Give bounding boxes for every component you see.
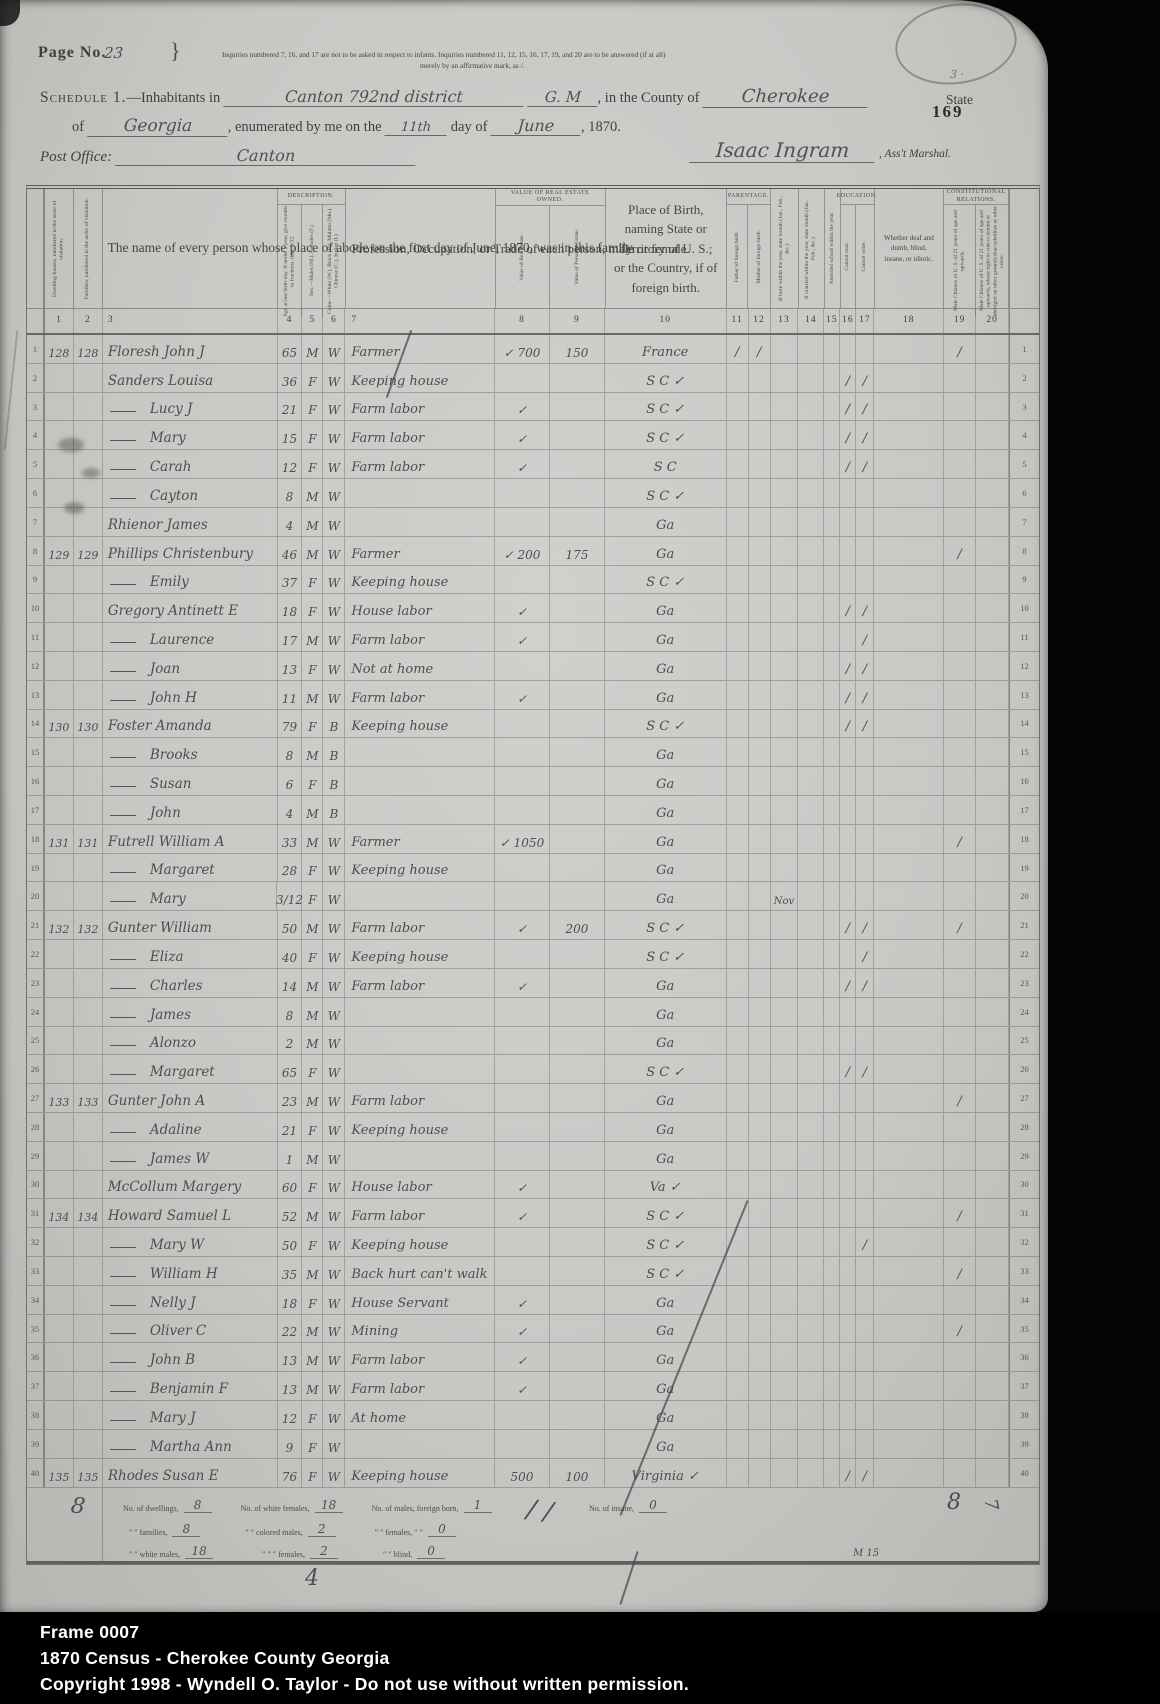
summary-value: 2 (308, 1522, 336, 1537)
table-cell (727, 421, 749, 449)
table-cell (74, 1372, 103, 1400)
table-row: 37Benjamin F13MWFarm labor✓Ga37 (27, 1372, 1039, 1401)
table-cell (45, 998, 74, 1026)
table-cell (840, 1343, 856, 1371)
table-cell: M (302, 796, 323, 824)
table-cell (45, 882, 74, 910)
row-number-right: 14 (1009, 710, 1039, 738)
table-cell (874, 652, 944, 680)
table-cell: Farm labor (345, 1372, 495, 1400)
year-label: , 1870. (581, 119, 621, 135)
table-cell: / (856, 421, 874, 449)
table-cell: W (323, 1430, 345, 1458)
scanned-census-frame: Page No. 23 } Inquiries numbered 7, 16, … (0, 0, 1160, 1704)
table-cell (840, 1228, 856, 1256)
table-cell (727, 1257, 749, 1285)
pen-slashes: / / (525, 1494, 555, 1527)
table-cell (749, 1430, 771, 1458)
inhabitants-label: —Inhabitants in (126, 90, 220, 106)
table-cell (727, 710, 749, 738)
table-cell: W (323, 537, 345, 565)
table-cell (495, 566, 550, 594)
table-row: 2Sanders Louisa36FWKeeping houseS C ✓//2 (27, 364, 1039, 393)
ditto-dash (110, 637, 136, 643)
table-cell (944, 998, 976, 1026)
table-cell (495, 940, 550, 968)
day-value: 11th (385, 120, 448, 136)
table-cell: F (302, 710, 323, 738)
table-cell: 18 (278, 1286, 303, 1314)
table-cell: M (302, 1142, 323, 1170)
table-cell (824, 566, 840, 594)
summary-label: No. of dwellings, (123, 1504, 179, 1513)
ink-smudge (82, 468, 100, 478)
table-cell (550, 1113, 605, 1141)
table-cell (874, 710, 944, 738)
table-cell (856, 508, 874, 536)
ditto-dash (110, 1328, 136, 1334)
table-cell (74, 1286, 103, 1314)
table-cell: S C ✓ (605, 393, 727, 421)
table-cell (550, 796, 605, 824)
table-cell: F (302, 882, 323, 910)
table-cell: / (840, 421, 856, 449)
table-cell: W (323, 1055, 345, 1083)
table-cell: Mary (103, 421, 278, 449)
table-cell (45, 652, 74, 680)
table-cell (771, 1459, 799, 1487)
table-cell (798, 738, 824, 766)
table-cell: S C ✓ (605, 566, 727, 594)
table-cell (727, 1430, 749, 1458)
table-cell: Ga (605, 1084, 727, 1112)
ditto-dash (110, 810, 136, 816)
table-cell: Farm labor (345, 1199, 495, 1227)
summary-label: No. of males, foreign born, (372, 1504, 459, 1513)
table-cell (495, 796, 550, 824)
table-cell: Ga (605, 1315, 727, 1343)
row-number-left: 18 (27, 825, 45, 853)
table-cell: 13 (278, 652, 303, 680)
table-cell (856, 1113, 874, 1141)
table-cell (727, 594, 749, 622)
table-cell (840, 1257, 856, 1285)
row-number-right: 38 (1009, 1401, 1039, 1429)
enumerated-label: , enumerated by me on the (228, 119, 382, 135)
table-cell: F (302, 421, 323, 449)
table-cell: House labor (345, 1171, 495, 1199)
table-cell: Va ✓ (605, 1171, 727, 1199)
summary-label: ″ ″ white males, (129, 1550, 180, 1559)
table-cell (840, 1286, 856, 1314)
table-cell (874, 681, 944, 709)
column-number: 3 (103, 309, 278, 333)
group-description-label: Description. (278, 189, 345, 205)
table-cell (824, 796, 840, 824)
table-cell (749, 364, 771, 392)
table-cell: John (103, 796, 278, 824)
table-cell (771, 854, 799, 882)
table-cell: M (302, 537, 323, 565)
row-number-left: 8 (27, 537, 45, 565)
table-cell (798, 1257, 824, 1285)
table-row: 24James8MWGa24 (27, 998, 1039, 1027)
column-number: 16 (840, 309, 856, 333)
table-cell (771, 1372, 799, 1400)
table-cell (976, 508, 1009, 536)
group-value-estate: Value of Real Estate owned. Value of Rea… (496, 189, 606, 308)
table-cell (840, 566, 856, 594)
table-cell (856, 1315, 874, 1343)
table-cell (840, 998, 856, 1026)
table-cell (749, 1401, 771, 1429)
table-cell (45, 1343, 74, 1371)
table-cell (976, 1171, 1009, 1199)
table-cell (45, 969, 74, 997)
ditto-dash (110, 983, 136, 989)
table-cell (749, 450, 771, 478)
table-cell (45, 796, 74, 824)
table-cell (771, 738, 799, 766)
ditto-dash (110, 464, 136, 470)
table-cell (74, 767, 103, 795)
table-cell (798, 1372, 824, 1400)
table-cell: M (302, 1257, 323, 1285)
table-cell (874, 594, 944, 622)
row-number-left: 23 (27, 969, 45, 997)
table-cell: W (323, 450, 345, 478)
table-cell (798, 421, 824, 449)
table-cell: 4 (278, 796, 303, 824)
table-cell: Farm labor (345, 1084, 495, 1112)
header-cannot-write: Cannot write. (861, 241, 868, 271)
header-attended-school: Attended school within the year. (829, 212, 836, 285)
table-cell (976, 594, 1009, 622)
table-cell (495, 479, 550, 507)
table-cell: W (323, 1084, 345, 1112)
table-cell (727, 1372, 749, 1400)
row-number-left: 17 (27, 796, 45, 824)
column-number-row: 1234567891011121314151617181920 (27, 309, 1039, 335)
table-cell (798, 969, 824, 997)
table-cell (749, 508, 771, 536)
table-cell (798, 882, 824, 910)
table-cell: / (944, 1315, 976, 1343)
row-number-left: 7 (27, 508, 45, 536)
table-cell: Ga (605, 537, 727, 565)
summary-value: 0 (428, 1522, 456, 1537)
gutter-cell (27, 309, 45, 333)
row-number-left: 1 (27, 335, 45, 363)
table-cell: William H (103, 1257, 278, 1285)
table-cell: / (944, 825, 976, 853)
table-row: 27133133Gunter John A23MWFarm laborGa/27 (27, 1084, 1039, 1113)
table-cell (74, 681, 103, 709)
row-number-right: 2 (1009, 364, 1039, 392)
table-cell (798, 1113, 824, 1141)
table-cell: Rhienor James (103, 508, 278, 536)
ditto-dash (110, 1357, 136, 1363)
table-cell: W (323, 854, 345, 882)
gm-value: G. M (527, 88, 598, 107)
inquiries-note-line1: Inquiries numbered 7, 16, and 17 are not… (222, 50, 1012, 60)
table-cell (944, 1459, 976, 1487)
table-cell: 76 (278, 1459, 303, 1487)
table-cell (749, 911, 771, 939)
header-family: Families, numbered in the order of visit… (84, 198, 91, 299)
row-number-right: 24 (1009, 998, 1039, 1026)
table-row: 7Rhienor James4MWGa7 (27, 508, 1039, 537)
summary-value: 8 (172, 1522, 200, 1537)
row-number-gutter-left (27, 189, 45, 308)
table-cell (856, 1171, 874, 1199)
summary-value: 18 (185, 1544, 213, 1559)
table-row: 5Carah12FWFarm labor✓S C//5 (27, 450, 1039, 479)
table-cell: / (840, 681, 856, 709)
table-cell (856, 882, 874, 910)
row-number-right: 12 (1009, 652, 1039, 680)
ditto-dash (110, 1127, 136, 1133)
table-cell (495, 1257, 550, 1285)
table-cell (798, 594, 824, 622)
table-cell (944, 1142, 976, 1170)
post-office-line: Post Office: Canton (40, 146, 416, 166)
table-cell: 131 (45, 825, 74, 853)
table-cell (495, 1401, 550, 1429)
table-cell: Farm labor (345, 969, 495, 997)
stamp-page-number: 169 (932, 102, 964, 122)
table-cell (874, 1084, 944, 1112)
table-cell: John B (103, 1343, 278, 1371)
table-cell: W (323, 1228, 345, 1256)
header-age: Age at last birth-day. If under 1 year, … (283, 205, 296, 317)
table-cell: Farmer (345, 537, 495, 565)
table-cell (944, 566, 976, 594)
table-cell: 14 (278, 969, 303, 997)
table-cell (749, 1286, 771, 1314)
table-cell (824, 998, 840, 1026)
table-cell (856, 1199, 874, 1227)
table-row: 1128128Floresh John J65MWFarmer✓ 700150F… (27, 335, 1039, 364)
column-number: 13 (771, 309, 799, 333)
table-cell (874, 796, 944, 824)
table-cell (74, 1113, 103, 1141)
table-cell: ✓ 200 (495, 537, 550, 565)
table-cell (944, 623, 976, 651)
table-cell (824, 681, 840, 709)
table-cell: / (856, 969, 874, 997)
ditto-dash (110, 781, 136, 787)
table-cell (74, 1055, 103, 1083)
ditto-dash (110, 1242, 136, 1248)
table-cell (749, 1372, 771, 1400)
table-cell: / (727, 335, 749, 363)
row-number-left: 24 (27, 998, 45, 1026)
table-cell (749, 1027, 771, 1055)
table-cell: ✓ (495, 911, 550, 939)
table-cell (749, 594, 771, 622)
table-cell: W (323, 1199, 345, 1227)
table-cell: 129 (45, 537, 74, 565)
table-row: 22Eliza40FWKeeping houseS C ✓/22 (27, 940, 1039, 969)
table-cell (874, 1343, 944, 1371)
row-number-right: 36 (1009, 1343, 1039, 1371)
table-cell (749, 882, 771, 910)
table-cell (976, 479, 1009, 507)
summary-value: 2 (310, 1544, 338, 1559)
table-cell: W (323, 1401, 345, 1429)
row-number-left: 28 (27, 1113, 45, 1141)
table-cell (874, 421, 944, 449)
table-cell (976, 566, 1009, 594)
header-male-citizens: Male Citizens of U. S. of 21 years of ag… (953, 205, 966, 317)
table-cell (944, 969, 976, 997)
table-cell (824, 1286, 840, 1314)
summary-value: 0 (417, 1544, 445, 1559)
table-cell: W (323, 421, 345, 449)
table-cell: ✓ (495, 450, 550, 478)
table-cell (550, 450, 605, 478)
table-cell (856, 1372, 874, 1400)
table-cell: F (302, 393, 323, 421)
table-cell (550, 652, 605, 680)
table-cell (771, 998, 799, 1026)
table-cell: Ga (605, 969, 727, 997)
table-cell (874, 335, 944, 363)
column-number: 1 (45, 309, 74, 333)
table-cell: S C ✓ (605, 710, 727, 738)
table-cell (824, 1372, 840, 1400)
table-cell (45, 1401, 74, 1429)
table-cell (727, 652, 749, 680)
table-cell (856, 566, 874, 594)
table-cell (550, 1286, 605, 1314)
row-number-right: 13 (1009, 681, 1039, 709)
table-cell (824, 393, 840, 421)
row-number-right: 31 (1009, 1199, 1039, 1227)
table-cell (550, 969, 605, 997)
table-cell: Farm labor (345, 450, 495, 478)
table-cell (771, 1055, 799, 1083)
stamp-scribble: 3 · (950, 68, 965, 81)
table-cell: M (302, 738, 323, 766)
table-cell: S C ✓ (605, 479, 727, 507)
table-cell (74, 1142, 103, 1170)
table-cell: 134 (74, 1199, 103, 1227)
table-cell (856, 537, 874, 565)
margin-scribble (4, 330, 19, 450)
table-cell: W (323, 1142, 345, 1170)
table-cell (798, 710, 824, 738)
county-value: Cherokee (702, 86, 869, 108)
table-row: 21132132Gunter William50MWFarm labor✓200… (27, 911, 1039, 940)
table-cell (74, 1171, 103, 1199)
ditto-dash (110, 406, 136, 412)
table-cell (74, 1315, 103, 1343)
table-cell: 65 (278, 1055, 303, 1083)
table-cell (798, 681, 824, 709)
row-number-gutter-right (1009, 189, 1039, 308)
table-cell: / (944, 1199, 976, 1227)
row-number-left: 15 (27, 738, 45, 766)
table-cell: Phillips Christenbury (103, 537, 278, 565)
table-cell: S C ✓ (605, 421, 727, 449)
table-cell: 4 (278, 508, 303, 536)
table-cell: 6 (278, 767, 303, 795)
table-cell: W (323, 364, 345, 392)
table-cell (74, 1027, 103, 1055)
table-cell (944, 1401, 976, 1429)
scan-corner-notch (0, 0, 20, 26)
table-cell (976, 652, 1009, 680)
table-cell: Adaline (103, 1113, 278, 1141)
table-cell (976, 854, 1009, 882)
table-cell: / (944, 537, 976, 565)
column-number: 10 (605, 309, 727, 333)
table-cell: Rhodes Susan E (103, 1459, 278, 1487)
table-cell (749, 1315, 771, 1343)
table-cell: / (840, 1459, 856, 1487)
row-number-right: 40 (1009, 1459, 1039, 1487)
summary-insane: No. of insane,0 (589, 1498, 667, 1513)
table-cell: W (323, 335, 345, 363)
ditto-dash (110, 1386, 136, 1392)
table-cell (727, 1459, 749, 1487)
table-cell (749, 738, 771, 766)
table-cell: / (856, 364, 874, 392)
header-cannot-read: Cannot read. (844, 242, 851, 271)
table-cell: W (323, 1113, 345, 1141)
table-row: 38Mary J12FWAt homeGa38 (27, 1401, 1039, 1430)
table-cell (74, 1343, 103, 1371)
table-cell (840, 1027, 856, 1055)
marshal-title: , Ass't Marshal. (879, 148, 951, 160)
table-cell: Margaret (103, 854, 278, 882)
table-cell (944, 364, 976, 392)
table-cell (824, 940, 840, 968)
table-cell (944, 1113, 976, 1141)
table-cell: / (840, 364, 856, 392)
table-cell: 60 (278, 1171, 303, 1199)
table-cell: F (302, 1055, 323, 1083)
ditto-dash (110, 493, 136, 499)
table-cell (798, 1055, 824, 1083)
row-number-right: 8 (1009, 537, 1039, 565)
table-cell (874, 1315, 944, 1343)
table-cell (824, 1113, 840, 1141)
table-cell (798, 1171, 824, 1199)
table-row: 30McCollum Margery60FWHouse labor✓Va ✓30 (27, 1171, 1039, 1200)
table-cell (944, 1343, 976, 1371)
table-cell: Ga (605, 1027, 727, 1055)
table-cell (771, 940, 799, 968)
table-cell (798, 566, 824, 594)
table-cell (824, 882, 840, 910)
table-cell: M (302, 681, 323, 709)
row-number-right: 7 (1009, 508, 1039, 536)
table-cell: Alonzo (103, 1027, 278, 1055)
table-cell (824, 537, 840, 565)
schedule-line2: of Georgia, enumerated by me on the 11th… (72, 116, 621, 137)
table-row: 12Joan13FWNot at homeGa//12 (27, 652, 1039, 681)
table-cell: W (323, 623, 345, 651)
table-cell (798, 1286, 824, 1314)
row-number-left: 2 (27, 364, 45, 392)
table-cell (840, 882, 856, 910)
table-cell: M (302, 335, 323, 363)
table-cell (771, 1228, 799, 1256)
table-cell: F (302, 1401, 323, 1429)
